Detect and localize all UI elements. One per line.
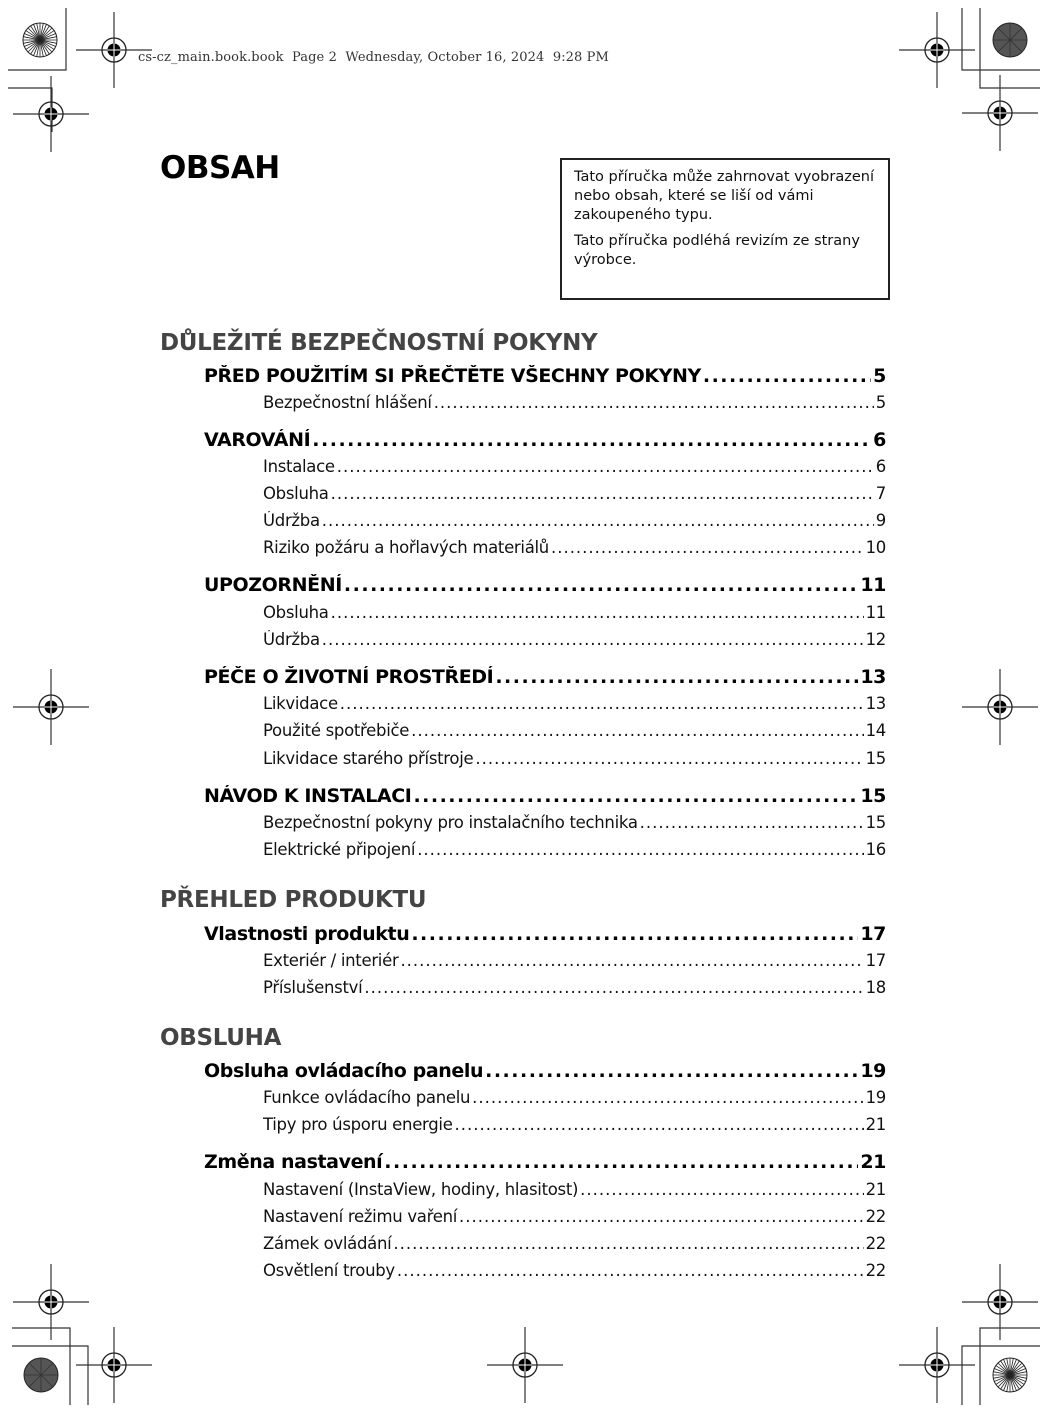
toc-page-number: 6	[873, 429, 886, 451]
toc-chapter-link[interactable]: Obsluha ovládacího panelu19	[204, 1060, 886, 1082]
toc-section-heading: PŘEHLED PRODUKTU	[160, 887, 426, 913]
toc-entry-title: Příslušenství	[263, 978, 362, 997]
toc-chapter-link[interactable]: UPOZORNĚNÍ11	[204, 574, 886, 596]
dot-leader	[551, 538, 864, 557]
toc-item-link[interactable]: Osvětlení trouby22	[263, 1261, 886, 1280]
dot-leader	[475, 749, 863, 768]
toc-page-number: 15	[860, 785, 886, 807]
toc-page-number: 10	[866, 538, 886, 557]
dot-leader	[312, 429, 871, 451]
dot-leader	[337, 457, 874, 476]
disclaimer-text: Tato příručka může zahrnovat vyobrazení …	[574, 168, 876, 225]
toc-entry-title: Riziko požáru a hořlavých materiálů	[263, 538, 549, 557]
toc-item-link[interactable]: Exteriér / interiér17	[263, 951, 886, 970]
dot-leader	[344, 574, 858, 596]
toc-item-link[interactable]: Použité spotřebiče14	[263, 721, 886, 740]
toc-entry-title: Elektrické připojení	[263, 840, 415, 859]
toc-page-number: 21	[860, 1151, 886, 1173]
toc-item-link[interactable]: Likvidace13	[263, 694, 886, 713]
toc-page-number: 15	[866, 813, 886, 832]
toc-page-number: 22	[866, 1207, 886, 1226]
dot-leader	[331, 603, 864, 622]
toc-item-link[interactable]: Riziko požáru a hořlavých materiálů10	[263, 538, 886, 557]
toc-page-number: 19	[866, 1088, 886, 1107]
toc-entry-title: Obsluha	[263, 484, 329, 503]
toc-page-number: 17	[866, 951, 886, 970]
print-header: cs-cz_main.book.book Page 2 Wednesday, O…	[138, 50, 609, 65]
toc-item-link[interactable]: Funkce ovládacího panelu19	[263, 1088, 886, 1107]
toc-page-number: 5	[873, 365, 886, 387]
toc-page-number: 16	[866, 840, 886, 859]
toc-entry-title: Zámek ovládání	[263, 1234, 391, 1253]
toc-entry-title: Instalace	[263, 457, 335, 476]
dot-leader	[397, 1261, 864, 1280]
toc-page-number: 21	[866, 1180, 886, 1199]
toc-page-number: 9	[876, 511, 886, 530]
dot-leader	[411, 721, 863, 740]
toc-chapter-link[interactable]: PŘED POUŽITÍM SI PŘEČTĚTE VŠECHNY POKYNY…	[204, 365, 886, 387]
toc-item-link[interactable]: Bezpečnostní pokyny pro instalačního tec…	[263, 813, 886, 832]
dot-leader	[331, 484, 874, 503]
toc-page-number: 7	[876, 484, 886, 503]
toc-entry-title: Osvětlení trouby	[263, 1261, 395, 1280]
toc-page-number: 17	[860, 923, 886, 945]
toc-chapter-link[interactable]: Vlastnosti produktu17	[204, 923, 886, 945]
toc-page-number: 13	[860, 666, 886, 688]
toc-chapter-link[interactable]: VAROVÁNÍ6	[204, 429, 886, 451]
toc-entry-title: Vlastnosti produktu	[204, 923, 409, 945]
toc-page-number: 6	[876, 457, 886, 476]
toc-entry-title: Likvidace starého přístroje	[263, 749, 473, 768]
toc-item-link[interactable]: Nastavení režimu vaření22	[263, 1207, 886, 1226]
toc-page-number: 5	[876, 393, 886, 412]
dot-leader	[455, 1115, 864, 1134]
toc-entry-title: VAROVÁNÍ	[204, 429, 310, 451]
toc-item-link[interactable]: Zámek ovládání22	[263, 1234, 886, 1253]
dot-leader	[322, 630, 864, 649]
toc-entry-title: Likvidace	[263, 694, 338, 713]
toc-page-number: 11	[860, 574, 886, 596]
toc-item-link[interactable]: Instalace6	[263, 457, 886, 476]
toc-entry-title: Obsluha	[263, 603, 329, 622]
toc-item-link[interactable]: Obsluha7	[263, 484, 886, 503]
toc-page-number: 21	[866, 1115, 886, 1134]
toc-entry-title: Nastavení režimu vaření	[263, 1207, 457, 1226]
dot-leader	[485, 1060, 858, 1082]
toc-section-heading: DŮLEŽITÉ BEZPEČNOSTNÍ POKYNY	[160, 330, 597, 356]
disclaimer-text: Tato příručka podléhá revizím ze strany …	[574, 232, 876, 270]
toc-entry-title: Bezpečnostní hlášení	[263, 393, 432, 412]
dot-leader	[495, 666, 858, 688]
toc-page-number: 12	[866, 630, 886, 649]
toc-entry-title: Údržba	[263, 630, 320, 649]
toc-entry-title: Funkce ovládacího panelu	[263, 1088, 470, 1107]
toc-chapter-link[interactable]: Změna nastavení21	[204, 1151, 886, 1173]
dot-leader	[434, 393, 874, 412]
toc-section-heading: OBSLUHA	[160, 1025, 281, 1051]
toc-entry-title: Údržba	[263, 511, 320, 530]
dot-leader	[322, 511, 874, 530]
dot-leader	[384, 1151, 858, 1173]
dot-leader	[413, 785, 858, 807]
toc-item-link[interactable]: Bezpečnostní hlášení5	[263, 393, 886, 412]
toc-entry-title: UPOZORNĚNÍ	[204, 574, 342, 596]
toc-entry-title: PÉČE O ŽIVOTNÍ PROSTŘEDÍ	[204, 666, 493, 688]
toc-page-number: 11	[866, 603, 886, 622]
toc-page-number: 15	[866, 749, 886, 768]
dot-leader	[417, 840, 863, 859]
toc-item-link[interactable]: Nastavení (InstaView, hodiny, hlasitost)…	[263, 1180, 886, 1199]
toc-page-number: 22	[866, 1261, 886, 1280]
toc-page-number: 18	[866, 978, 886, 997]
dot-leader	[459, 1207, 864, 1226]
toc-entry-title: NÁVOD K INSTALACI	[204, 785, 411, 807]
toc-item-link[interactable]: Likvidace starého přístroje15	[263, 749, 886, 768]
toc-item-link[interactable]: Tipy pro úsporu energie21	[263, 1115, 886, 1134]
page-title: OBSAH	[160, 150, 280, 186]
toc-item-link[interactable]: Příslušenství18	[263, 978, 886, 997]
disclaimer-note: Tato příručka může zahrnovat vyobrazení …	[560, 158, 890, 300]
toc-entry-title: Nastavení (InstaView, hodiny, hlasitost)	[263, 1180, 578, 1199]
toc-chapter-link[interactable]: NÁVOD K INSTALACI15	[204, 785, 886, 807]
dot-leader	[340, 694, 864, 713]
dot-leader	[640, 813, 864, 832]
toc-page-number: 14	[866, 721, 886, 740]
toc-entry-title: Exteriér / interiér	[263, 951, 398, 970]
toc-item-link[interactable]: Elektrické připojení16	[263, 840, 886, 859]
dot-leader	[393, 1234, 863, 1253]
toc-item-link[interactable]: Údržba12	[263, 630, 886, 649]
toc-entry-title: PŘED POUŽITÍM SI PŘEČTĚTE VŠECHNY POKYNY	[204, 365, 701, 387]
toc-page-number: 19	[860, 1060, 886, 1082]
dot-leader	[400, 951, 863, 970]
toc-entry-title: Použité spotřebiče	[263, 721, 409, 740]
dot-leader	[580, 1180, 863, 1199]
toc-page-number: 13	[866, 694, 886, 713]
toc-chapter-link[interactable]: PÉČE O ŽIVOTNÍ PROSTŘEDÍ13	[204, 666, 886, 688]
dot-leader	[703, 365, 871, 387]
toc-item-link[interactable]: Obsluha11	[263, 603, 886, 622]
dot-leader	[411, 923, 858, 945]
toc-entry-title: Bezpečnostní pokyny pro instalačního tec…	[263, 813, 638, 832]
dot-leader	[472, 1088, 863, 1107]
toc-entry-title: Obsluha ovládacího panelu	[204, 1060, 483, 1082]
toc-page-number: 22	[866, 1234, 886, 1253]
toc-item-link[interactable]: Údržba9	[263, 511, 886, 530]
toc-entry-title: Tipy pro úsporu energie	[263, 1115, 453, 1134]
dot-leader	[364, 978, 863, 997]
toc-entry-title: Změna nastavení	[204, 1151, 382, 1173]
